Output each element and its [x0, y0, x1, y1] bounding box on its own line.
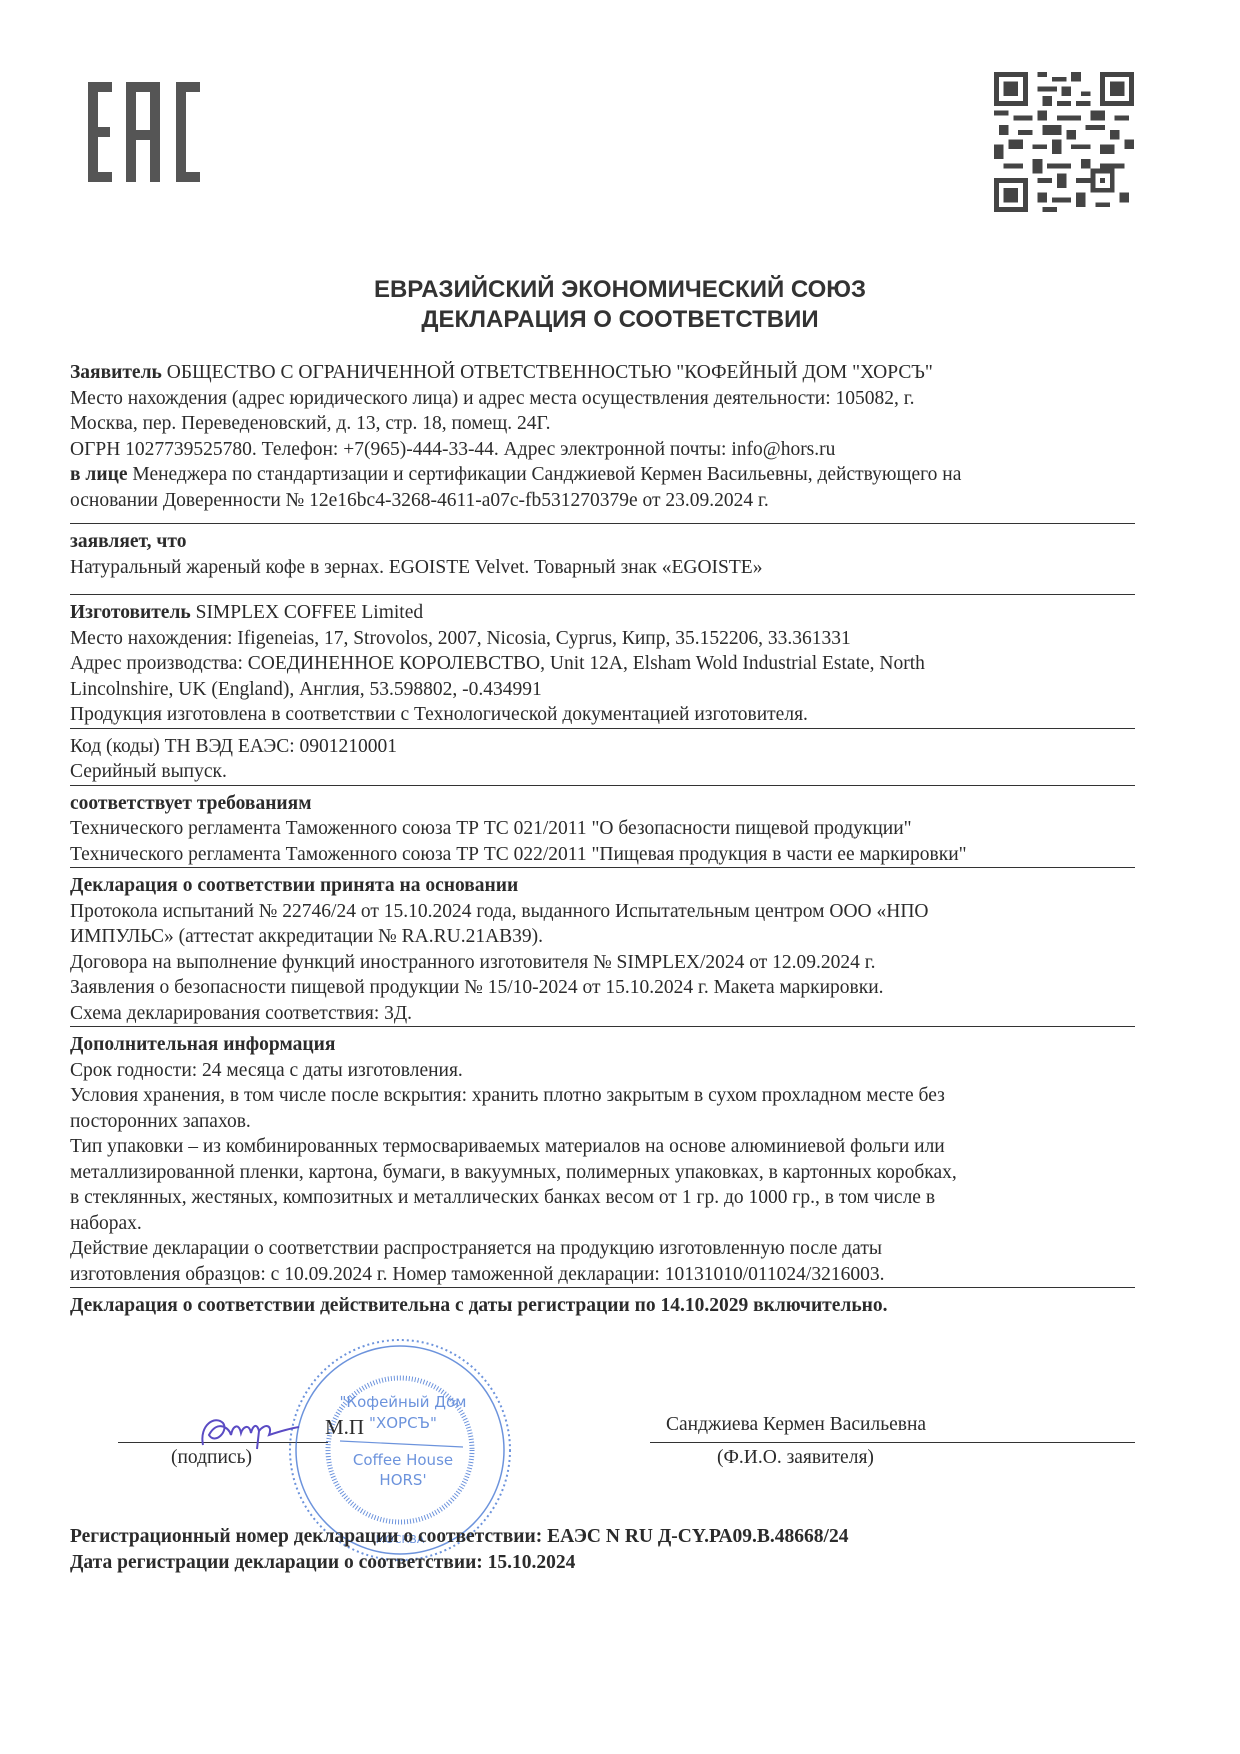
production-address-2: Lincolnshire, UK (England), Англия, 53.5…: [70, 677, 1135, 703]
title-union: ЕВРАЗИЙСКИЙ ЭКОНОМИЧЕСКИЙ СОЮЗ: [0, 275, 1240, 305]
divider: [70, 594, 1135, 595]
divider: [70, 785, 1135, 786]
additional-line: в стеклянных, жестяных, композитных и ме…: [70, 1185, 1135, 1211]
qr-code-icon: [994, 72, 1134, 212]
manufacturer-section: Изготовитель SIMPLEX COFFEE Limited Мест…: [70, 600, 1135, 728]
release-type: Серийный выпуск.: [70, 759, 1135, 785]
additional-line: Действие декларации о соответствии распр…: [70, 1236, 1135, 1262]
registration-number: Регистрационный номер декларации о соотв…: [70, 1524, 848, 1550]
eac-logo: [88, 82, 208, 182]
additional-label: Дополнительная информация: [70, 1032, 1135, 1058]
stamp-line-3: Coffee House: [353, 1451, 453, 1469]
additional-line: Тип упаковки – из комбинированных термос…: [70, 1134, 1135, 1160]
additional-section: Дополнительная информация Срок годности:…: [70, 1032, 1135, 1287]
basis-label: Декларация о соответствии принята на осн…: [70, 873, 1135, 899]
name-caption: (Ф.И.О. заявителя): [717, 1447, 874, 1469]
stamp-line-2: "ХОРСЪ": [369, 1414, 437, 1432]
product-name: Натуральный жареный кофе в зернах. EGOIS…: [70, 555, 1135, 581]
divider: [70, 1026, 1135, 1027]
seal-place-label: М.П: [325, 1415, 364, 1440]
name-line: [650, 1442, 1135, 1443]
additional-line: изготовления образцов: с 10.09.2024 г. Н…: [70, 1262, 1135, 1288]
requirements-label: соответствует требованиям: [70, 791, 1135, 817]
manufacturer-name: SIMPLEX COFFEE Limited: [191, 602, 423, 623]
manufacturer-documentation: Продукция изготовлена в соответствии с Т…: [70, 702, 1135, 728]
validity-statement: Декларация о соответствии действительна …: [70, 1293, 1135, 1319]
additional-line: наборах.: [70, 1211, 1135, 1237]
divider: [70, 523, 1135, 524]
codes-section: Код (коды) ТН ВЭД ЕАЭС: 0901210001 Серий…: [70, 734, 1135, 785]
registration-info: Регистрационный номер декларации о соотв…: [70, 1524, 848, 1576]
additional-line: металлизированной пленки, картона, бумаг…: [70, 1160, 1135, 1186]
divider: [70, 728, 1135, 729]
declaration-body: Заявитель ОБЩЕСТВО С ОГРАНИЧЕННОЙ ОТВЕТС…: [70, 360, 1135, 1319]
registration-date: Дата регистрации декларации о соответств…: [70, 1550, 848, 1576]
applicant-address-1: Место нахождения (адрес юридического лиц…: [70, 386, 1135, 412]
applicant-section: Заявитель ОБЩЕСТВО С ОГРАНИЧЕННОЙ ОТВЕТС…: [70, 360, 1135, 513]
manufacturer-label: Изготовитель: [70, 602, 191, 623]
tn-ved-code: Код (коды) ТН ВЭД ЕАЭС: 0901210001: [70, 734, 1135, 760]
represented-line-1: Менеджера по стандартизации и сертификац…: [127, 464, 961, 485]
requirements-section: соответствует требованиям Технического р…: [70, 791, 1135, 868]
additional-line: Срок годности: 24 месяца с даты изготовл…: [70, 1058, 1135, 1084]
stamp-line-1: "Кофейный Дом: [340, 1393, 467, 1411]
handwritten-signature-icon: [195, 1405, 305, 1455]
represented-line-2: основании Доверенности № 12e16bc4-3268-4…: [70, 488, 1135, 514]
represented-label: в лице: [70, 464, 127, 485]
additional-line: Условия хранения, в том числе после вскр…: [70, 1083, 1135, 1109]
requirement-item: Технического регламента Таможенного союз…: [70, 842, 1135, 868]
applicant-label: Заявитель: [70, 362, 162, 383]
applicant-name: ОБЩЕСТВО С ОГРАНИЧЕННОЙ ОТВЕТСТВЕННОСТЬЮ…: [162, 362, 933, 383]
applicant-address-2: Москва, пер. Переведеновский, д. 13, стр…: [70, 411, 1135, 437]
stamp-line-4: HORS': [379, 1471, 426, 1489]
requirement-item: Технического регламента Таможенного союз…: [70, 816, 1135, 842]
basis-section: Декларация о соответствии принята на осн…: [70, 873, 1135, 1026]
production-address-1: Адрес производства: СОЕДИНЕННОЕ КОРОЛЕВС…: [70, 651, 1135, 677]
additional-line: посторонних запахов.: [70, 1109, 1135, 1135]
applicant-contacts: ОГРН 1027739525780. Телефон: +7(965)-444…: [70, 437, 1135, 463]
basis-line: Заявления о безопасности пищевой продукц…: [70, 975, 1135, 1001]
basis-line: ИМПУЛЬС» (аттестат аккредитации № RA.RU.…: [70, 924, 1135, 950]
divider: [70, 867, 1135, 868]
manufacturer-location: Место нахождения: Ifigeneias, 17, Strovo…: [70, 626, 1135, 652]
title-declaration: ДЕКЛАРАЦИЯ О СООТВЕТСТВИИ: [0, 305, 1240, 335]
basis-line: Протокола испытаний № 22746/24 от 15.10.…: [70, 899, 1135, 925]
declares-section: заявляет, что Натуральный жареный кофе в…: [70, 529, 1135, 580]
signer-name: Санджиева Кермен Васильевна: [666, 1414, 926, 1436]
declares-label: заявляет, что: [70, 529, 1135, 555]
basis-line: Договора на выполнение функций иностранн…: [70, 950, 1135, 976]
basis-line: Схема декларирования соответствия: 3Д.: [70, 1001, 1135, 1027]
document-title: ЕВРАЗИЙСКИЙ ЭКОНОМИЧЕСКИЙ СОЮЗ ДЕКЛАРАЦИ…: [0, 275, 1240, 335]
divider: [70, 1287, 1135, 1288]
